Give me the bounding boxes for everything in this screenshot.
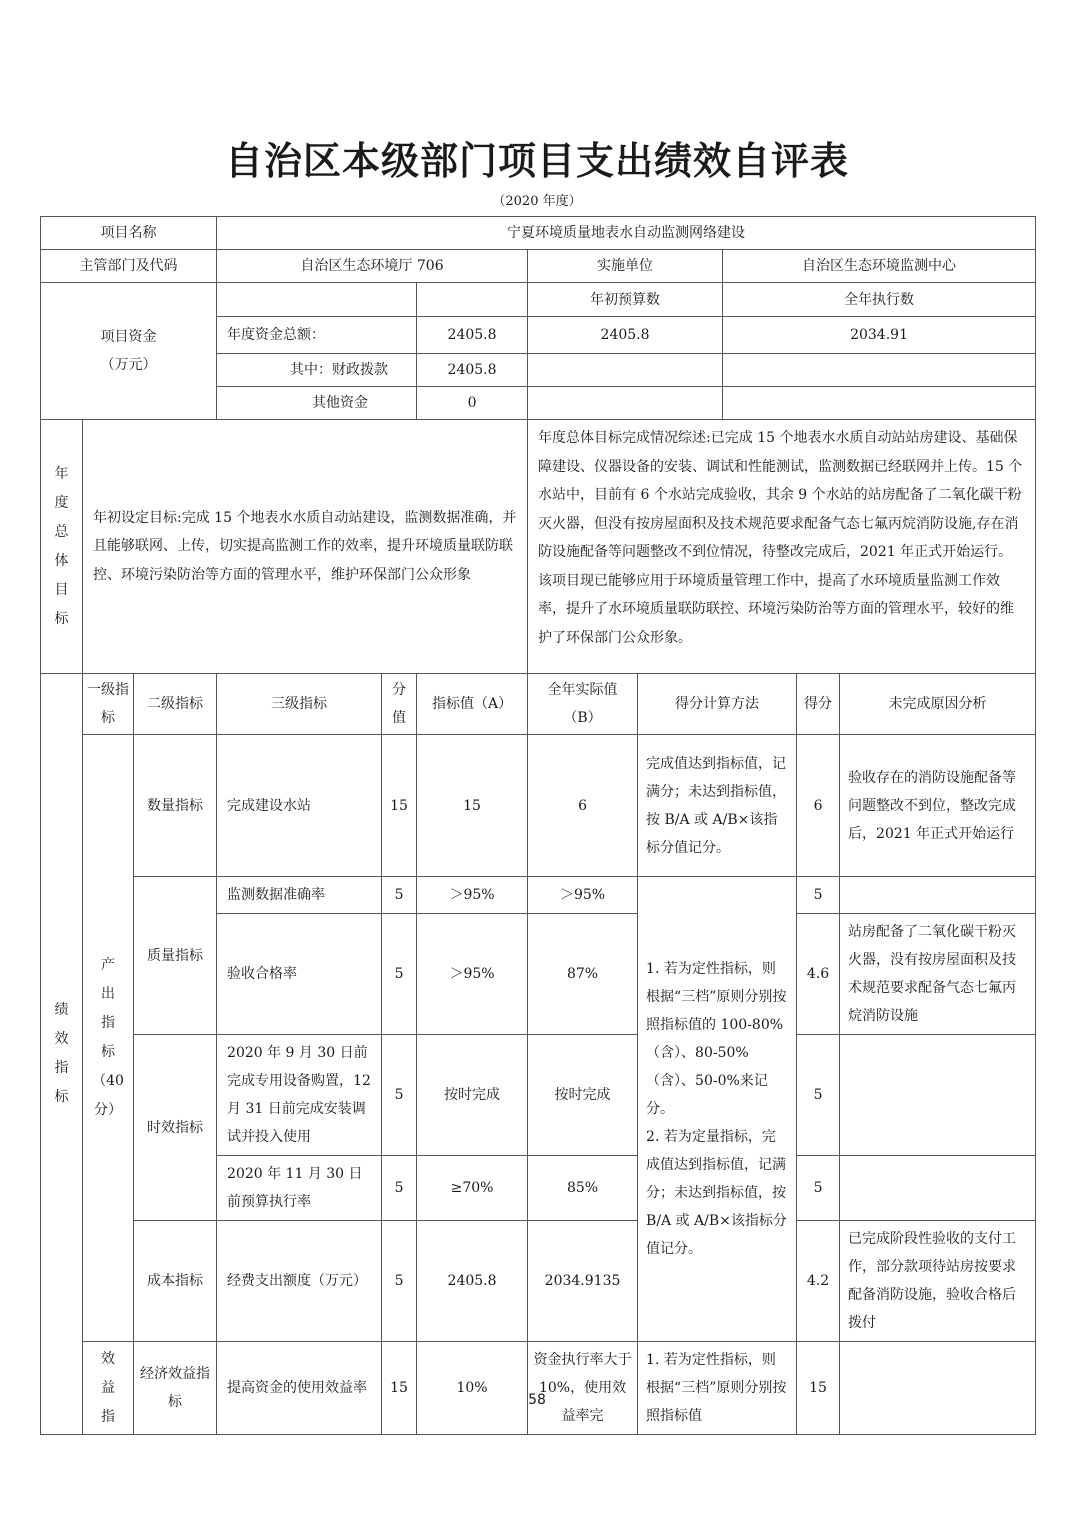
output-label-char: 指 (87, 1009, 129, 1038)
performance-table: 项目名称 宁夏环境质量地表水自动监测网络建设 主管部门及代码 自治区生态环境厅 … (40, 216, 1036, 1435)
goals-label-char: 总 (45, 518, 78, 547)
page-number: 58 (0, 1392, 1074, 1408)
goals-label-char: 年 (45, 460, 78, 489)
indicator-reason: 验收存在的消防设施配备等问题整改不到位，整改完成后，2021 年正式开始运行 (840, 735, 1036, 877)
indicator-actual: 按时完成 (528, 1035, 638, 1156)
funds-blank-1 (217, 283, 417, 317)
indicator-row-timeliness: 时效指标 2020 年 9 月 30 日前完成专用设备购置，12 月 31 日前… (41, 1035, 1036, 1156)
goals-row: 年 度 总 体 目 标 年初设定目标:完成 15 个地表水水质自动站建设，监测数… (41, 420, 1036, 674)
project-name-value: 宁夏环境质量地表水自动监测网络建设 (217, 217, 1036, 250)
output-group-label: 产 出 指 标 （40 分） (83, 735, 134, 1342)
page-title: 自治区本级部门项目支出绩效自评表 (0, 130, 1074, 185)
indicator-weight: 5 (382, 1035, 417, 1156)
goals-label-char: 度 (45, 489, 78, 518)
indicator-reason (840, 1035, 1036, 1156)
goals-achieved: 年度总体目标完成情况综述:已完成 15 个地表水水质自动站站房建设、基础保障建设… (528, 420, 1036, 674)
indicator-row-quality: 质量指标 监测数据准确率 5 ＞95% ＞95% 1. 若为定性指标，则根据“三… (41, 877, 1036, 914)
indicator-row-cost: 成本指标 经费支出额度（万元） 5 2405.8 2034.9135 4.2 已… (41, 1221, 1036, 1342)
indicator-reason (840, 1156, 1036, 1221)
indicator-reason: 已完成阶段性验收的支付工作，部分款项待站房按要求配备消防设施，验收合格后拨付 (840, 1221, 1036, 1342)
funds-blank-2 (417, 283, 528, 317)
indicator-name: 完成建设水站 (217, 735, 382, 877)
indicator-actual: ＞95% (528, 877, 638, 914)
funds-row-budget: 2405.8 (528, 317, 723, 354)
funds-label-line2: （万元） (45, 351, 212, 379)
output-label-char: 标 (87, 1038, 129, 1067)
indicator-row-economic: 效 益 指 经济效益指标 提高资金的使用效益率 15 10% 资金执行率大于 1… (41, 1342, 1036, 1435)
funds-row-label: 其中：财政拨款 (217, 354, 417, 387)
funds-row-budget (528, 354, 723, 387)
header-level1: 一级指标 (83, 674, 134, 735)
goals-planned: 年初设定目标:完成 15 个地表水水质自动站建设，监测数据准确，并且能够联网、上… (83, 420, 528, 674)
indicator-score: 15 (797, 1342, 840, 1435)
funds-row-actual (723, 354, 1036, 387)
indicator-score: 6 (797, 735, 840, 877)
impl-value: 自治区生态环境监测中心 (723, 250, 1036, 283)
indicator-actual: 87% (528, 914, 638, 1035)
indicator-score: 5 (797, 1035, 840, 1156)
section-label-char: 指 (45, 1054, 78, 1083)
shared-method: 1. 若为定性指标，则根据“三档”原则分别按照指标值的 100-80%（含）、8… (638, 877, 797, 1342)
funds-col-budget: 年初预算数 (528, 283, 723, 317)
indicator-score: 4.2 (797, 1221, 840, 1342)
indicator-target: 10% (417, 1342, 528, 1435)
indicator-reason: 站房配备了二氧化碳干粉灭火器，没有按房屋面积及技术规范要求配备气态七氟丙烷消防设… (840, 914, 1036, 1035)
indicator-name: 2020 年 11 月 30 日前预算执行率 (217, 1156, 382, 1221)
funds-header-row: 项目资金 （万元） 年初预算数 全年执行数 (41, 283, 1036, 317)
indicator-actual: 2034.9135 (528, 1221, 638, 1342)
indicator-weight: 5 (382, 1221, 417, 1342)
quantity-label: 数量指标 (134, 735, 217, 877)
indicator-weight: 5 (382, 1156, 417, 1221)
funds-row-budget (528, 387, 723, 420)
goals-label: 年 度 总 体 目 标 (41, 420, 83, 674)
funds-row-amount: 2405.8 (417, 354, 528, 387)
funds-row-actual (723, 387, 1036, 420)
indicator-target: ＞95% (417, 877, 528, 914)
indicator-name: 验收合格率 (217, 914, 382, 1035)
indicator-name: 监测数据准确率 (217, 877, 382, 914)
output-label-char: 分） (87, 1096, 129, 1125)
indicator-method: 1. 若为定性指标，则根据“三档”原则分别按照指标值 (638, 1342, 797, 1435)
funds-label-line1: 项目资金 (45, 323, 212, 351)
header-target: 指标值（A） (417, 674, 528, 735)
indicator-weight: 5 (382, 877, 417, 914)
indicator-target: ≥70% (417, 1156, 528, 1221)
indicator-target: 2405.8 (417, 1221, 528, 1342)
indicator-score: 5 (797, 1156, 840, 1221)
indicator-name: 提高资金的使用效益率 (217, 1342, 382, 1435)
indicator-actual: 6 (528, 735, 638, 877)
header-weight: 分值 (382, 674, 417, 735)
indicator-name: 2020 年 9 月 30 日前完成专用设备购置，12 月 31 日前完成安装调… (217, 1035, 382, 1156)
indicator-actual: 85% (528, 1156, 638, 1221)
indicators-section-label: 绩 效 指 标 (41, 674, 83, 1435)
indicator-target: ＞95% (417, 914, 528, 1035)
indicator-actual: 资金执行率大于 10%，使用效益率完 (528, 1342, 638, 1435)
indicator-score: 5 (797, 877, 840, 914)
goals-label-char: 目 (45, 576, 78, 605)
section-label-char: 绩 (45, 996, 78, 1025)
header-actual: 全年实际值（B） (528, 674, 638, 735)
page-subtitle: （2020 年度） (0, 190, 1074, 209)
project-name-row: 项目名称 宁夏环境质量地表水自动监测网络建设 (41, 217, 1036, 250)
economic-label: 经济效益指标 (134, 1342, 217, 1435)
impl-label: 实施单位 (528, 250, 723, 283)
goals-label-char: 标 (45, 605, 78, 634)
indicator-target: 15 (417, 735, 528, 877)
header-level3: 三级指标 (217, 674, 382, 735)
project-name-label: 项目名称 (41, 217, 217, 250)
goals-label-char: 体 (45, 547, 78, 576)
dept-value: 自治区生态环境厅 706 (217, 250, 528, 283)
funds-row-label: 年度资金总额： (217, 317, 417, 354)
header-score: 得分 (797, 674, 840, 735)
funds-row-label: 其他资金 (217, 387, 417, 420)
timeliness-label: 时效指标 (134, 1035, 217, 1221)
indicator-method: 完成值达到指标值，记满分；未达到指标值，按 B/A 或 A/B×该指标分值记分。 (638, 735, 797, 877)
indicator-weight: 15 (382, 735, 417, 877)
indicator-row-quantity: 产 出 指 标 （40 分） 数量指标 完成建设水站 15 15 6 完成值达到… (41, 735, 1036, 877)
indicators-header-row: 绩 效 指 标 一级指标 二级指标 三级指标 分值 指标值（A） 全年实际值（B… (41, 674, 1036, 735)
header-level2: 二级指标 (134, 674, 217, 735)
indicator-reason (840, 877, 1036, 914)
funds-label: 项目资金 （万元） (41, 283, 217, 420)
section-label-char: 标 (45, 1083, 78, 1112)
output-label-char: （40 (87, 1067, 129, 1096)
funds-row-actual: 2034.91 (723, 317, 1036, 354)
funds-col-actual: 全年执行数 (723, 283, 1036, 317)
header-reason: 未完成原因分析 (840, 674, 1036, 735)
cost-label: 成本指标 (134, 1221, 217, 1342)
dept-label: 主管部门及代码 (41, 250, 217, 283)
header-method: 得分计算方法 (638, 674, 797, 735)
benefit-group-label: 效 益 指 (83, 1342, 134, 1435)
indicator-target: 按时完成 (417, 1035, 528, 1156)
dept-row: 主管部门及代码 自治区生态环境厅 706 实施单位 自治区生态环境监测中心 (41, 250, 1036, 283)
output-label-char: 产 (87, 951, 129, 980)
output-label-char: 出 (87, 980, 129, 1009)
funds-row-amount: 0 (417, 387, 528, 420)
benefit-label-char: 效 (87, 1345, 129, 1374)
indicator-name: 经费支出额度（万元） (217, 1221, 382, 1342)
indicator-reason (840, 1342, 1036, 1435)
quality-label: 质量指标 (134, 877, 217, 1035)
section-label-char: 效 (45, 1025, 78, 1054)
indicator-weight: 15 (382, 1342, 417, 1435)
indicator-score: 4.6 (797, 914, 840, 1035)
indicator-weight: 5 (382, 914, 417, 1035)
funds-row-amount: 2405.8 (417, 317, 528, 354)
